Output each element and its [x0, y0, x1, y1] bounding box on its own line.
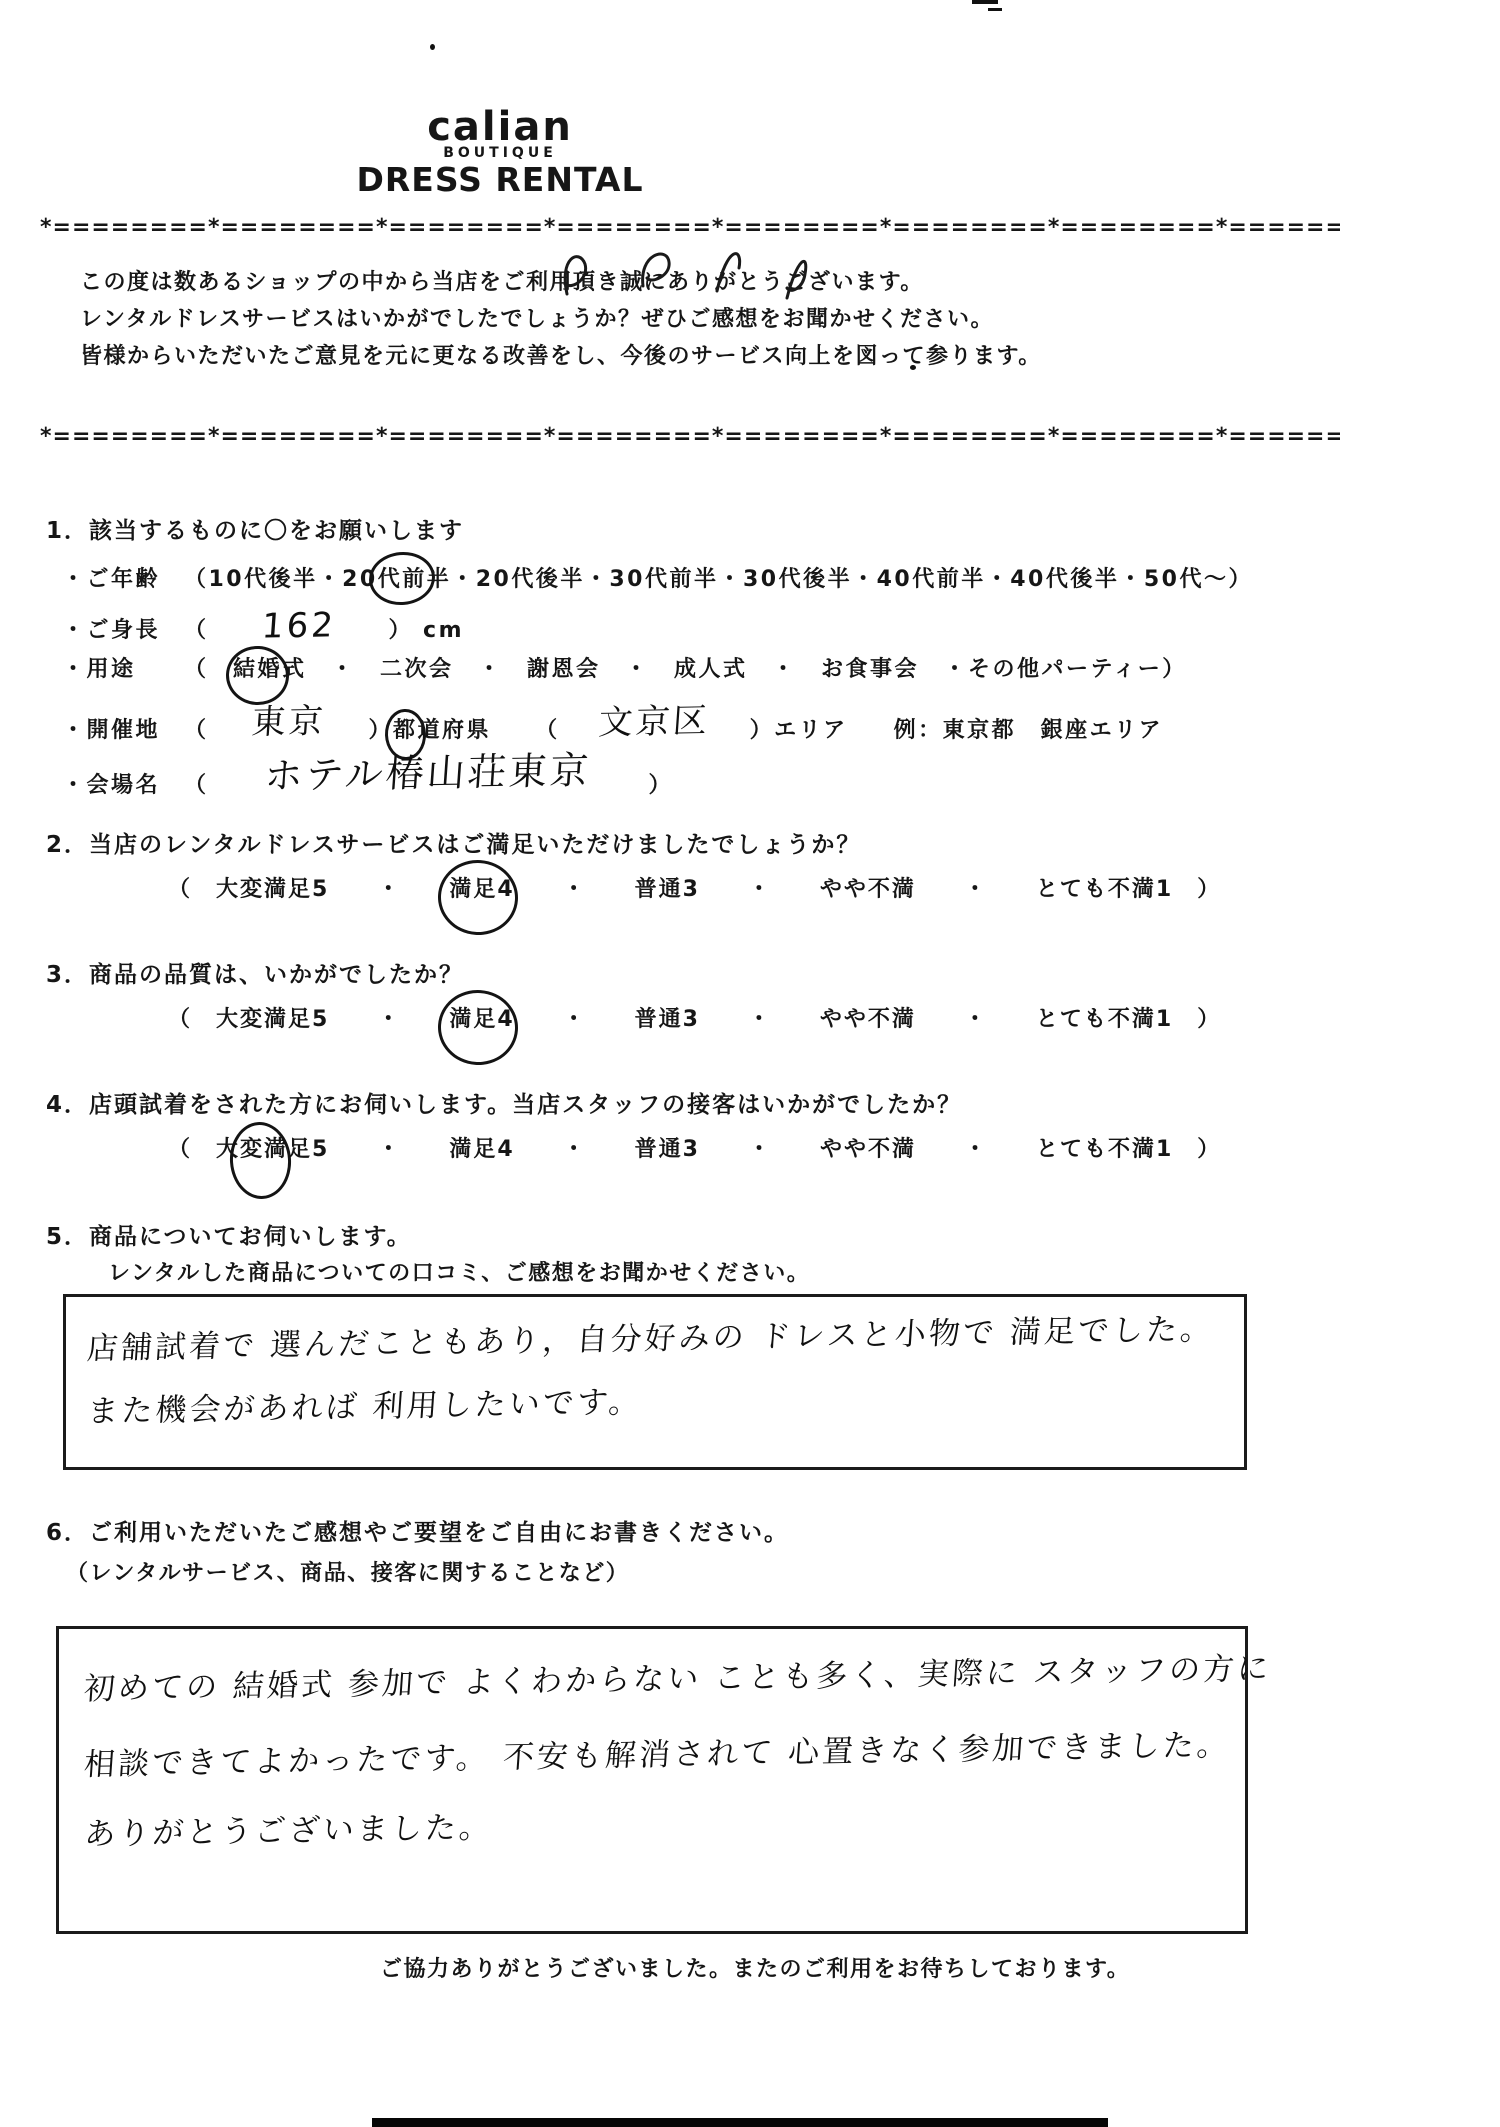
scan-artifact-dash: [972, 0, 998, 4]
scan-artifact-bottom-bar: [372, 2118, 1108, 2127]
q6-handwritten-line-3: ありがとうございました。: [83, 1801, 495, 1853]
footer-thanks-note: ご協力ありがとうございました。またのご利用をお待ちしております。: [380, 1952, 1130, 1983]
age-circled-answer: 代前: [378, 562, 427, 593]
page-title: DRESS RENTAL: [0, 163, 1000, 198]
hall-answer-slot: ホテル椿山荘東京: [209, 748, 649, 803]
venue-label: ・開催地: [62, 713, 184, 744]
q4-scale-post: 足5 ・ 満足4 ・ 普通3 ・ やや不満 ・ とても不満1 ）: [288, 1137, 1221, 1162]
separator-line-bottom: *========*========*========*========*===…: [40, 424, 1340, 449]
height-handwritten-answer: 162: [260, 605, 337, 646]
age-options-pre: （10代後半・20: [184, 567, 378, 592]
q5-heading: 5．商品についてお伺いします。: [46, 1218, 412, 1251]
q2-circled-answer: 満足4: [449, 872, 514, 903]
q1-heading: 1．該当するものに〇をお願いします: [46, 512, 464, 545]
q2-rating-scale: （ 大変満足5 ・ 満足4 ・ 普通3 ・ やや不満 ・ とても不満1 ）: [168, 872, 1221, 903]
q3-rating-scale: （ 大変満足5 ・ 満足4 ・ 普通3 ・ やや不満 ・ とても不満1 ）: [168, 1002, 1221, 1033]
scan-artifact-speck: [430, 44, 435, 50]
q5-answer-box: 店舗試着で 選んだこともあり，自分好みの ドレスと小物で 満足でした。 また機会…: [63, 1294, 1247, 1470]
q5-handwritten-line-2: また機会があれば 利用したいです。: [86, 1376, 644, 1431]
brand-logo: calian BOUTIQUE DRESS RENTAL: [0, 106, 1000, 197]
q4-rating-scale: （ 大変満足5 ・ 満足4 ・ 普通3 ・ やや不満 ・ とても不満1 ）: [168, 1132, 1221, 1163]
hall-paren-open: （: [184, 773, 209, 798]
height-paren-close: ）: [389, 618, 414, 643]
q1-venue-row: ・開催地（東京）都道府県（文京区）エリア例：東京都 銀座エリア: [62, 698, 1163, 747]
hall-label: ・会場名: [62, 768, 184, 799]
venue-prefecture-text: 道府県: [418, 718, 492, 743]
age-options-post: 半・20代後半・30代前半・30代後半・40代前半・40代後半・50代〜）: [427, 567, 1253, 592]
q2-scale-pre: （ 大変満足5 ・: [168, 877, 449, 902]
q6-subtext: （レンタルサービス、商品、接客に関することなど）: [66, 1556, 629, 1587]
q4-circled-answer: 変満: [240, 1132, 288, 1163]
prefecture-handwritten-answer: 東京: [250, 693, 328, 743]
purpose-circled-answer: 結婚: [233, 652, 282, 683]
venue-area-suffix: エリア: [774, 718, 848, 743]
q2-heading: 2．当店のレンタルドレスサービスはご満足いただけましたでしょうか？: [46, 826, 861, 859]
q3-scale-post: ・ 普通3 ・ やや不満 ・ とても不満1 ）: [515, 1007, 1222, 1032]
q5-subtext: レンタルした商品についての口コミ、ご感想をお聞かせください。: [108, 1256, 810, 1287]
age-label: ・ご年齢: [62, 562, 184, 593]
q1-purpose-row: ・用途（ 結婚式 ・ 二次会 ・ 謝恩会 ・ 成人式 ・ お食事会 ・その他パー…: [62, 652, 1187, 683]
q2-scale-post: ・ 普通3 ・ やや不満 ・ とても不満1 ）: [515, 877, 1222, 902]
venue-paren-open-1: （: [184, 718, 209, 743]
height-unit: cm: [423, 618, 464, 643]
pen-scribble-marks: [545, 236, 855, 310]
q3-circled-answer: 満足4: [449, 1002, 514, 1033]
height-label: ・ご身長: [62, 613, 184, 644]
prefecture-circled-char: 都: [393, 713, 418, 744]
q3-scale-pre: （ 大変満足5 ・: [168, 1007, 449, 1032]
venue-answer-slot-1: 東京: [209, 698, 369, 747]
brand-name: calian: [0, 106, 1000, 148]
height-answer-slot: 162: [209, 606, 389, 646]
purpose-options-post: 式 ・ 二次会 ・ 謝恩会 ・ 成人式 ・ お食事会 ・その他パーティー）: [282, 657, 1187, 682]
height-paren-open: （: [184, 618, 209, 643]
hall-handwritten-answer: ホテル椿山荘東京: [263, 739, 593, 800]
purpose-label: ・用途: [62, 652, 184, 683]
q1-hall-row: ・会場名（ホテル椿山荘東京）: [62, 748, 673, 803]
venue-paren-close-2: ）: [750, 718, 775, 743]
q1-height-row: ・ご身長（162）cm: [62, 606, 464, 646]
venue-paren-close-1: ）: [369, 718, 394, 743]
q6-heading: 6．ご利用いただいたご感想やご要望をご自由にお書きください。: [46, 1514, 789, 1547]
q6-handwritten-line-1: 初めての 結婚式 参加で よくわからない ことも多く、実際に スタッフの方に: [83, 1643, 1273, 1709]
brand-subtitle: BOUTIQUE: [0, 146, 1000, 161]
intro-line-3: 皆様からいただいたご意見を元に更なる改善をし、今後のサービス向上を図って参ります…: [80, 338, 1042, 375]
q1-age-row: ・ご年齢（10代後半・20代前半・20代後半・30代前半・30代後半・40代前半…: [62, 562, 1253, 593]
q6-answer-box: 初めての 結婚式 参加で よくわからない ことも多く、実際に スタッフの方に 相…: [56, 1626, 1248, 1934]
q5-handwritten-line-1: 店舗試着で 選んだこともあり，自分好みの ドレスと小物で 満足でした。: [86, 1303, 1216, 1368]
purpose-options-pre: （: [184, 657, 233, 682]
q4-heading: 4．店頭試着をされた方にお伺いします。当店スタッフの接客はいかがでしたか？: [46, 1086, 962, 1119]
scanned-survey-page: calian BOUTIQUE DRESS RENTAL *========*=…: [0, 0, 1500, 2127]
hall-paren-close: ）: [649, 773, 674, 798]
q3-heading: 3．商品の品質は、いかがでしたか？: [46, 956, 464, 989]
venue-example: 例：東京都 銀座エリア: [894, 718, 1164, 743]
area-handwritten-answer: 文京区: [597, 693, 712, 744]
q4-scale-pre: （ 大: [168, 1137, 240, 1162]
q6-handwritten-line-2: 相談できてよかったです。 不安も解消されて 心置きなく参加できました。: [83, 1719, 1233, 1784]
scan-artifact-dash: [988, 8, 1002, 11]
